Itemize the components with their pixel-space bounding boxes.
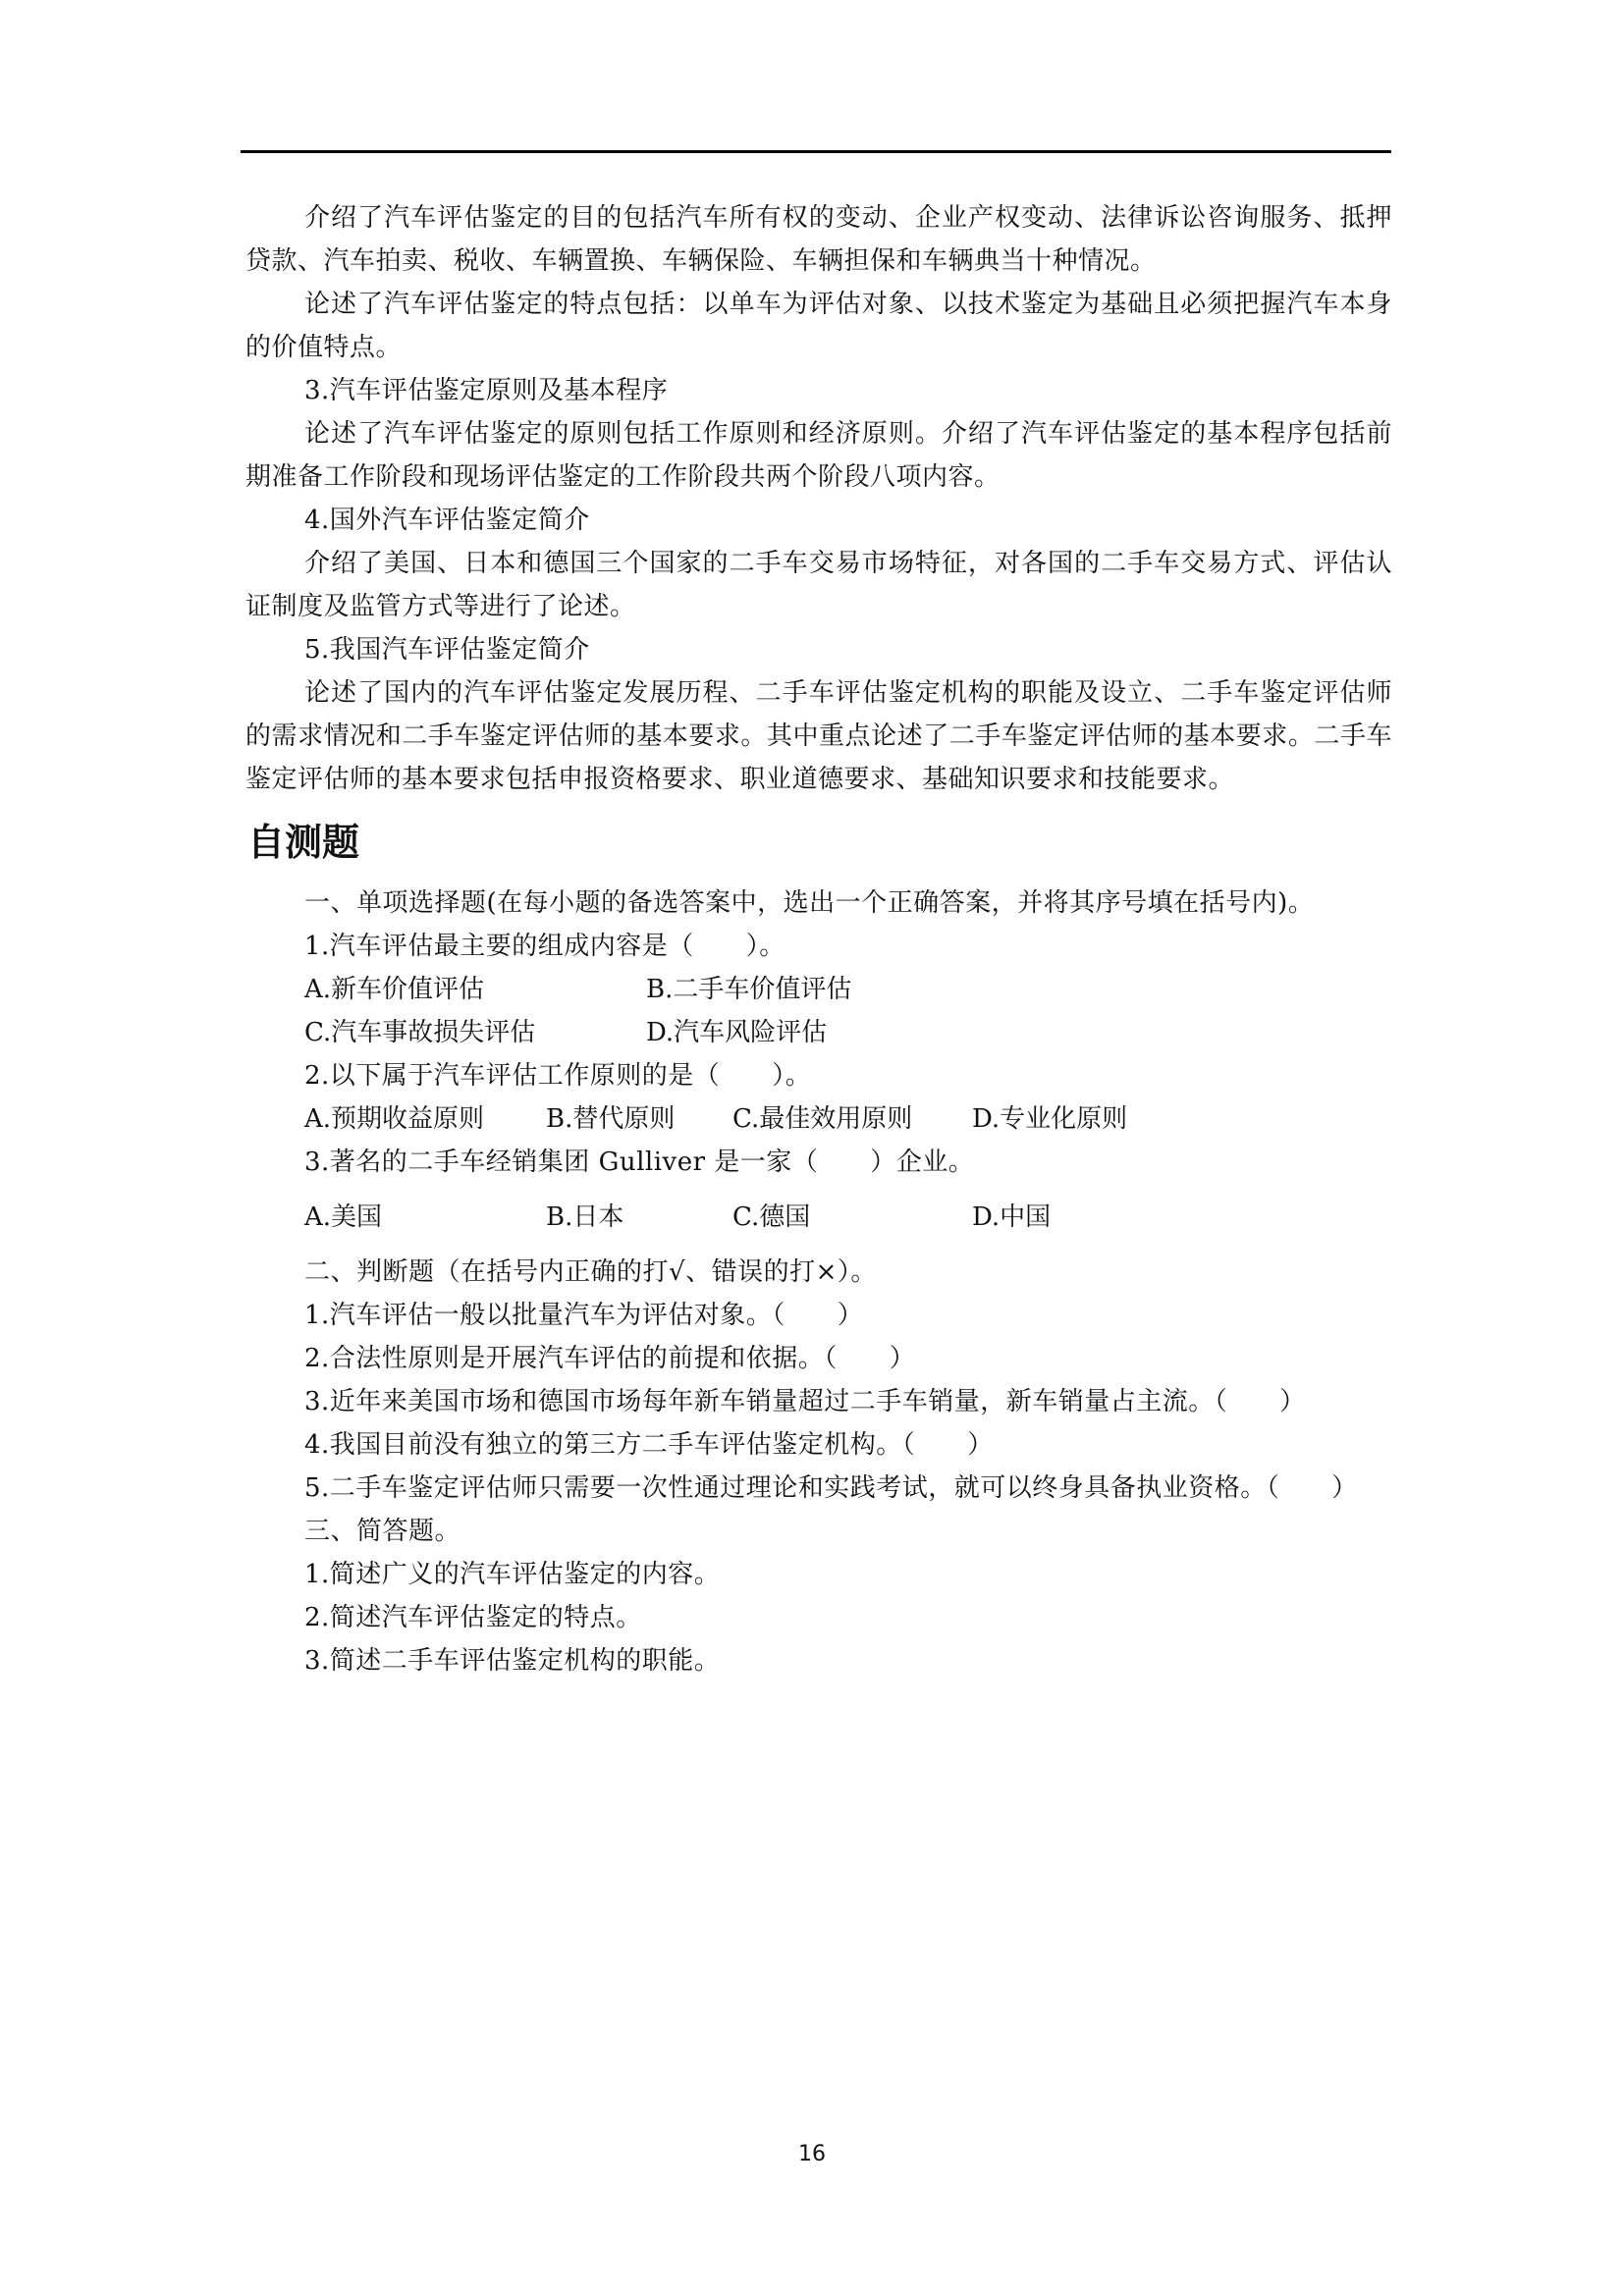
judge-item-2: 2.合法性原则是开展汽车评估的前提和依据。（ ）	[245, 1337, 1392, 1380]
summary-paragraph-features: 论述了汽车评估鉴定的特点包括：以单车为评估对象、以技术鉴定为基础且必须把握汽车本…	[245, 283, 1392, 369]
option: C.最佳效用原则	[732, 1097, 972, 1141]
choice-options-2: A.预期收益原则 B.替代原则 C.最佳效用原则 D.专业化原则	[245, 1097, 1392, 1141]
summary-paragraph-principles: 论述了汽车评估鉴定的原则包括工作原则和经济原则。介绍了汽车评估鉴定的基本程序包括…	[245, 412, 1392, 499]
page-number: 16	[0, 2142, 1624, 2166]
option: D.专业化原则	[972, 1097, 1127, 1141]
choice-heading: 一、单项选择题(在每小题的备选答案中，选出一个正确答案，并将其序号填在括号内)。	[245, 881, 1392, 925]
short-answer-item-2: 2.简述汽车评估鉴定的特点。	[245, 1596, 1392, 1639]
summary-paragraph-purpose: 介绍了汽车评估鉴定的目的包括汽车所有权的变动、企业产权变动、法律诉讼咨询服务、抵…	[245, 196, 1392, 283]
choice-question-1: 1.汽车评估最主要的组成内容是（ ）。	[245, 925, 1392, 968]
section-heading-foreign: 4.国外汽车评估鉴定简介	[245, 499, 1392, 542]
short-answer-item-1: 1.简述广义的汽车评估鉴定的内容。	[245, 1553, 1392, 1596]
judge-item-3: 3.近年来美国市场和德国市场每年新车销量超过二手车销量，新车销量占主流。（ ）	[245, 1380, 1392, 1423]
judge-item-1: 1.汽车评估一般以批量汽车为评估对象。（ ）	[245, 1294, 1392, 1337]
option: A.预期收益原则	[304, 1097, 546, 1141]
choice-question-3: 3.著名的二手车经销集团 Gulliver 是一家（ ）企业。	[245, 1141, 1392, 1184]
option: D.汽车风险评估	[646, 1011, 827, 1054]
option: A.美国	[304, 1196, 546, 1239]
option: B.替代原则	[546, 1097, 732, 1141]
section-heading-principles: 3.汽车评估鉴定原则及基本程序	[245, 369, 1392, 412]
judge-heading: 二、判断题（在括号内正确的打√、错误的打×）。	[245, 1251, 1392, 1294]
choice-options-1: A.新车价值评估 B.二手车价值评估	[245, 968, 1392, 1011]
choice-options-1b: C.汽车事故损失评估 D.汽车风险评估	[245, 1011, 1392, 1054]
choice-options-3: A.美国 B.日本 C.德国 D.中国	[245, 1196, 1392, 1239]
summary-paragraph-domestic: 论述了国内的汽车评估鉴定发展历程、二手车评估鉴定机构的职能及设立、二手车鉴定评估…	[245, 671, 1392, 801]
choice-question-2: 2.以下属于汽车评估工作原则的是（ ）。	[245, 1054, 1392, 1097]
option: D.中国	[972, 1196, 1051, 1239]
page-content: 介绍了汽车评估鉴定的目的包括汽车所有权的变动、企业产权变动、法律诉讼咨询服务、抵…	[245, 196, 1392, 1682]
short-answer-heading: 三、简答题。	[245, 1510, 1392, 1553]
summary-paragraph-foreign: 介绍了美国、日本和德国三个国家的二手车交易市场特征，对各国的二手车交易方式、评估…	[245, 542, 1392, 628]
option: C.汽车事故损失评估	[304, 1011, 646, 1054]
option: A.新车价值评估	[304, 968, 646, 1011]
option: B.二手车价值评估	[646, 968, 851, 1011]
option: C.德国	[732, 1196, 972, 1239]
judge-item-4: 4.我国目前没有独立的第三方二手车评估鉴定机构。（ ）	[245, 1423, 1392, 1467]
judge-item-5: 5.二手车鉴定评估师只需要一次性通过理论和实践考试，就可以终身具备执业资格。（ …	[245, 1467, 1392, 1510]
option: B.日本	[546, 1196, 732, 1239]
short-answer-item-3: 3.简述二手车评估鉴定机构的职能。	[245, 1639, 1392, 1682]
section-heading-domestic: 5.我国汽车评估鉴定简介	[245, 628, 1392, 671]
self-test-title: 自测题	[247, 815, 1392, 870]
header-rule	[241, 150, 1391, 153]
